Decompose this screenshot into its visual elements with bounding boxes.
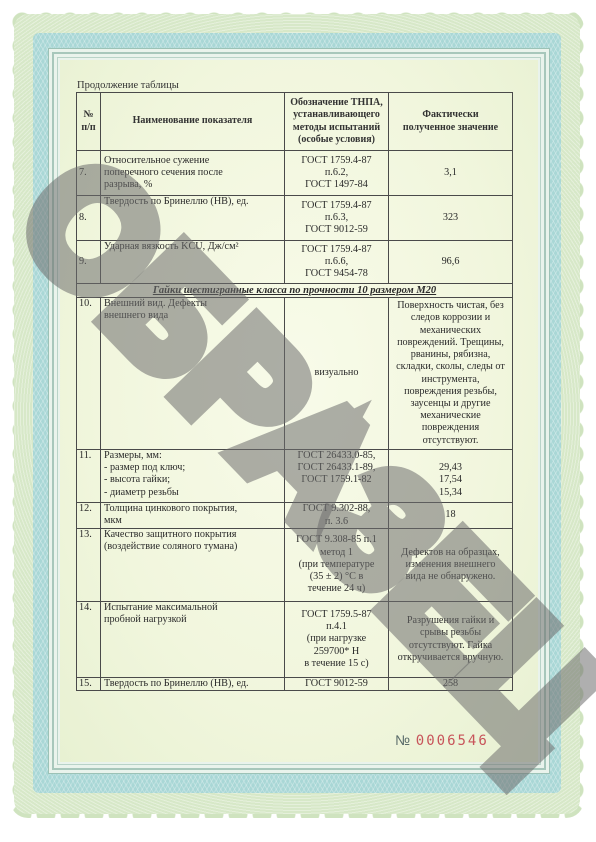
header-test-method: Обозначение ТНПА, устанавливающего метод… bbox=[285, 93, 389, 151]
certificate-serial: № 0006546 bbox=[395, 732, 489, 750]
row-number: 9. bbox=[77, 241, 101, 284]
row-indicator: Внешний вид. Дефекты внешнего вида bbox=[101, 298, 285, 450]
table-row: 15. Твердость по Бринеллю (НВ), ед. ГОСТ… bbox=[77, 678, 513, 691]
row-method: ГОСТ 9012-59 bbox=[285, 678, 389, 691]
header-actual-value: Фактически полученное значение bbox=[389, 93, 513, 151]
header-number: № п/п bbox=[77, 93, 101, 151]
row-number: 8. bbox=[77, 196, 101, 241]
row-value: 18 bbox=[389, 503, 513, 529]
row-method: визуально bbox=[285, 298, 389, 450]
table-row: 14. Испытание максимальной пробной нагру… bbox=[77, 602, 513, 678]
row-number: 7. bbox=[77, 151, 101, 196]
row-method: ГОСТ 9.308-85 п.1 метод 1 (при температу… bbox=[285, 529, 389, 602]
row-indicator: Качество защитного покрытия (воздействие… bbox=[101, 529, 285, 602]
row-method: ГОСТ 1759.4-87 п.6.6, ГОСТ 9454-78 bbox=[285, 241, 389, 284]
serial-number: 0006546 bbox=[416, 733, 489, 749]
row-method: ГОСТ 9.302-88, п. 3.6 bbox=[285, 503, 389, 529]
row-method: ГОСТ 1759.4-87 п.6.2, ГОСТ 1497-84 bbox=[285, 151, 389, 196]
row-indicator: Размеры, мм: - размер под ключ; - высота… bbox=[101, 450, 285, 503]
row-indicator: Твердость по Бринеллю (НВ), ед. bbox=[101, 196, 285, 241]
table-row: 9. Ударная вязкость KCU, Дж/см² ГОСТ 175… bbox=[77, 241, 513, 284]
table-row: 13. Качество защитного покрытия (воздейс… bbox=[77, 529, 513, 602]
table-row: 10. Внешний вид. Дефекты внешнего вида в… bbox=[77, 298, 513, 450]
row-indicator: Толщина цинкового покрытия, мкм bbox=[101, 503, 285, 529]
section-title: Гайки шестигранные класса по прочности 1… bbox=[77, 284, 513, 298]
row-number: 13. bbox=[77, 529, 101, 602]
row-number: 12. bbox=[77, 503, 101, 529]
row-value: Разрушения гайки и срывы резьбы отсутств… bbox=[389, 602, 513, 678]
row-value: Поверхность чистая, без следов коррозии … bbox=[389, 298, 513, 450]
row-indicator: Твердость по Бринеллю (НВ), ед. bbox=[101, 678, 285, 691]
row-number: 15. bbox=[77, 678, 101, 691]
table-row: 8. Твердость по Бринеллю (НВ), ед. ГОСТ … bbox=[77, 196, 513, 241]
table-header-row: № п/п Наименование показателя Обозначени… bbox=[77, 93, 513, 151]
test-results-table: № п/п Наименование показателя Обозначени… bbox=[76, 92, 513, 691]
row-method: ГОСТ 26433.0-85, ГОСТ 26433.1-89, ГОСТ 1… bbox=[285, 450, 389, 503]
row-indicator: Ударная вязкость KCU, Дж/см² bbox=[101, 241, 285, 284]
section-row: Гайки шестигранные класса по прочности 1… bbox=[77, 284, 513, 298]
row-value: 323 bbox=[389, 196, 513, 241]
row-value: 258 bbox=[389, 678, 513, 691]
row-number: 10. bbox=[77, 298, 101, 450]
row-number: 14. bbox=[77, 602, 101, 678]
row-value: Дефектов на образцах, изменения внешнего… bbox=[389, 529, 513, 602]
row-value: 29,43 17,54 15,34 bbox=[389, 450, 513, 503]
header-indicator-name: Наименование показателя bbox=[101, 93, 285, 151]
row-method: ГОСТ 1759.4-87 п.6.3, ГОСТ 9012-59 bbox=[285, 196, 389, 241]
table-row: 12. Толщина цинкового покрытия, мкм ГОСТ… bbox=[77, 503, 513, 529]
row-indicator: Относительное сужение поперечного сечени… bbox=[101, 151, 285, 196]
row-number: 11. bbox=[77, 450, 101, 503]
row-indicator: Испытание максимальной пробной нагрузкой bbox=[101, 602, 285, 678]
table-row: 11. Размеры, мм: - размер под ключ; - вы… bbox=[77, 450, 513, 503]
table-row: 7. Относительное сужение поперечного сеч… bbox=[77, 151, 513, 196]
serial-prefix: № bbox=[395, 732, 411, 748]
row-method: ГОСТ 1759.5-87 п.4.1 (при нагрузке 25970… bbox=[285, 602, 389, 678]
table-continuation-caption: Продолжение таблицы bbox=[77, 80, 179, 91]
row-value: 3,1 bbox=[389, 151, 513, 196]
row-value: 96,6 bbox=[389, 241, 513, 284]
